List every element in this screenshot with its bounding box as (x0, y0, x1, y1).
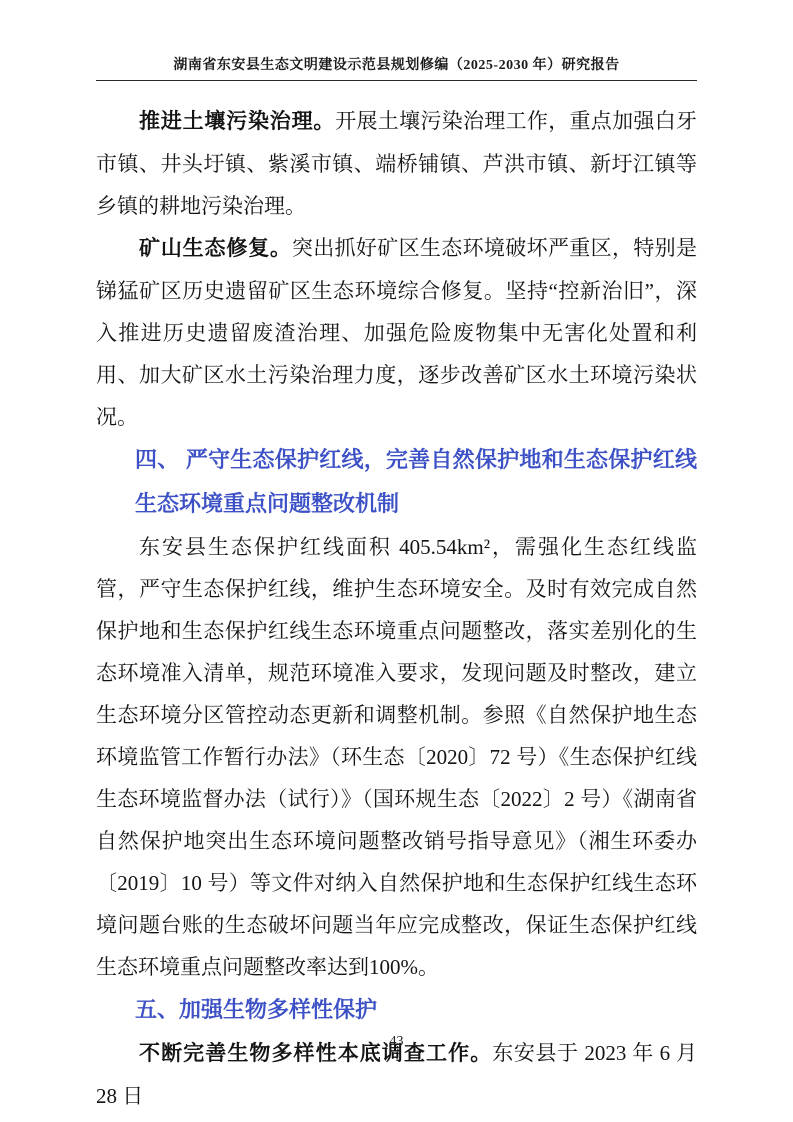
page-header: 湖南省东安县生态文明建设示范县规划修编（2025-2030 年）研究报告 (96, 54, 697, 81)
paragraph-mine-restoration: 矿山生态修复。突出抓好矿区生态环境破坏严重区，特别是锑猛矿区历史遗留矿区生态环境… (96, 227, 697, 438)
document-content: 推进土壤污染治理。开展土壤污染治理工作，重点加强白牙市镇、井头圩镇、紫溪市镇、端… (96, 100, 697, 1117)
page-footer: 43 (0, 1034, 793, 1050)
paragraph-mine-text: 突出抓好矿区生态环境破坏严重区，特别是锑猛矿区历史遗留矿区生态环境综合修复。坚持… (96, 236, 697, 429)
page-number: 43 (390, 1034, 404, 1049)
paragraph-soil-pollution: 推进土壤污染治理。开展土壤污染治理工作，重点加强白牙市镇、井头圩镇、紫溪市镇、端… (96, 100, 697, 227)
paragraph-redline: 东安县生态保护红线面积 405.54km²，需强化生态红线监管，严守生态保护红线… (96, 526, 697, 988)
paragraph-mine-lead: 矿山生态修复。 (139, 237, 292, 260)
section-heading-five: 五、加强生物多样性保护 (135, 988, 697, 1032)
document-page: 湖南省东安县生态文明建设示范县规划修编（2025-2030 年）研究报告 推进土… (0, 0, 793, 1122)
header-title: 湖南省东安县生态文明建设示范县规划修编（2025-2030 年）研究报告 (173, 58, 619, 73)
section-heading-four: 四、 严守生态保护红线，完善自然保护地和生态保护红线生态环境重点问题整改机制 (135, 438, 697, 526)
paragraph-soil-lead: 推进土壤污染治理。 (139, 110, 335, 133)
